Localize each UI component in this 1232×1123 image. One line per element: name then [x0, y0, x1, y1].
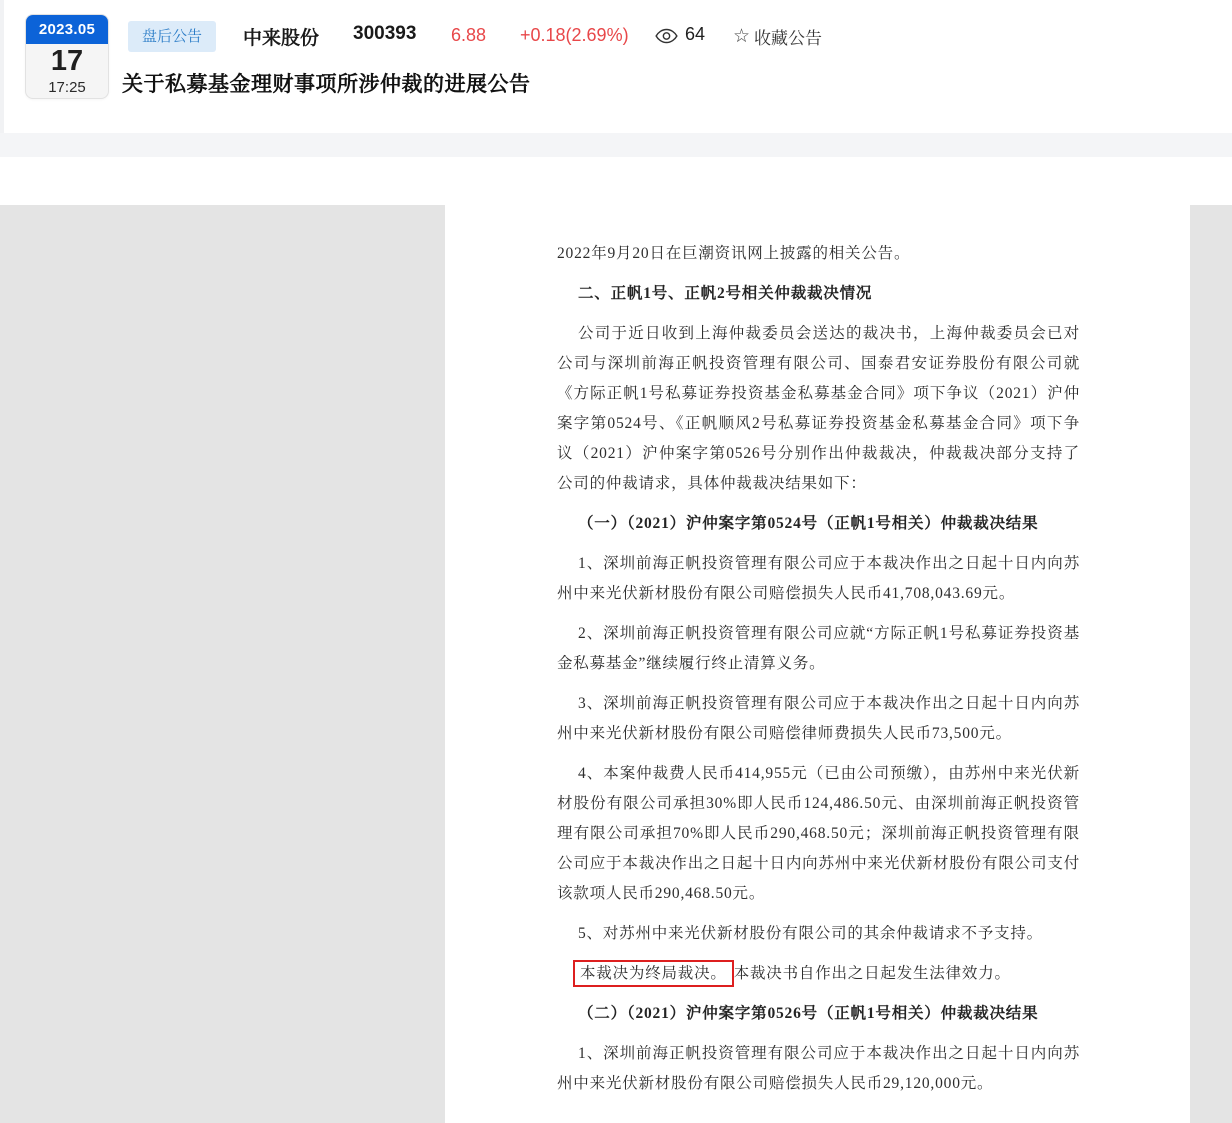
- view-count: 64: [655, 24, 705, 45]
- document-paragraph: 本裁决为终局裁决。本裁决书自作出之日起发生法律效力。: [557, 959, 1080, 989]
- date-day: 17: [26, 45, 108, 78]
- pdf-viewer-area: 2022年9月20日在巨潮资讯网上披露的相关公告。二、正帆1号、正帆2号相关仲裁…: [0, 205, 1232, 1123]
- stock-code-link[interactable]: 300393: [353, 23, 416, 45]
- document-paragraph: 1、深圳前海正帆投资管理有限公司应于本裁决作出之日起十日内向苏州中来光伏新材股份…: [557, 549, 1080, 609]
- red-highlight-box: 本裁决为终局裁决。: [573, 960, 734, 987]
- document-heading: （二）（2021）沪仲案字第0526号（正帆1号相关）仲裁裁决结果: [557, 999, 1080, 1029]
- document-paragraph: 2022年9月20日在巨潮资讯网上披露的相关公告。: [557, 239, 1080, 269]
- announcement-header: 2023.05 17 17:25 盘后公告 中来股份 300393 6.88 +…: [0, 0, 1232, 133]
- document-paragraph: 公司于近日收到上海仲裁委员会送达的裁决书，上海仲裁委员会已对公司与深圳前海正帆投…: [557, 319, 1080, 499]
- document-paragraph: 1、深圳前海正帆投资管理有限公司应于本裁决作出之日起十日内向苏州中来光伏新材股份…: [557, 1039, 1080, 1099]
- header-divider-band: [0, 133, 1232, 157]
- favorite-label: 收藏公告: [754, 24, 822, 49]
- document-paragraph: 3、深圳前海正帆投资管理有限公司应于本裁决作出之日起十日内向苏州中来光伏新材股份…: [557, 689, 1080, 749]
- document-paragraph: 5、对苏州中来光伏新材股份有限公司的其余仲裁请求不予支持。: [557, 919, 1080, 949]
- stock-name-link[interactable]: 中来股份: [243, 23, 319, 50]
- star-icon: ☆: [733, 25, 750, 49]
- left-edge-sliver: [0, 0, 4, 133]
- after-hours-announcement-tag: 盘后公告: [128, 21, 216, 52]
- document-heading: 二、正帆1号、正帆2号相关仲裁裁决情况: [557, 279, 1080, 309]
- document-content: 2022年9月20日在巨潮资讯网上披露的相关公告。二、正帆1号、正帆2号相关仲裁…: [557, 205, 1080, 1099]
- date-year-month: 2023.05: [26, 15, 108, 44]
- eye-icon: [655, 28, 678, 44]
- document-heading: （一）（2021）沪仲案字第0524号（正帆1号相关）仲裁裁决结果: [557, 509, 1080, 539]
- document-page: 2022年9月20日在巨潮资讯网上披露的相关公告。二、正帆1号、正帆2号相关仲裁…: [445, 205, 1190, 1123]
- document-paragraph: 4、本案仲裁费人民币414,955元（已由公司预缴），由苏州中来光伏新材股份有限…: [557, 759, 1080, 909]
- date-card: 2023.05 17 17:25: [25, 14, 109, 99]
- document-paragraph: 2、深圳前海正帆投资管理有限公司应就“方际正帆1号私募证券投资基金私募基金”继续…: [557, 619, 1080, 679]
- view-count-value: 64: [685, 24, 705, 45]
- stock-change: +0.18(2.69%): [520, 25, 629, 46]
- stock-price: 6.88: [451, 25, 486, 46]
- highlight-rest-text: 本裁决书自作出之日起发生法律效力。: [734, 965, 1011, 982]
- favorite-announcement-button[interactable]: ☆ 收藏公告: [733, 24, 822, 49]
- announcement-title: 关于私募基金理财事项所涉仲裁的进展公告: [122, 68, 531, 98]
- date-time: 17:25: [26, 78, 108, 97]
